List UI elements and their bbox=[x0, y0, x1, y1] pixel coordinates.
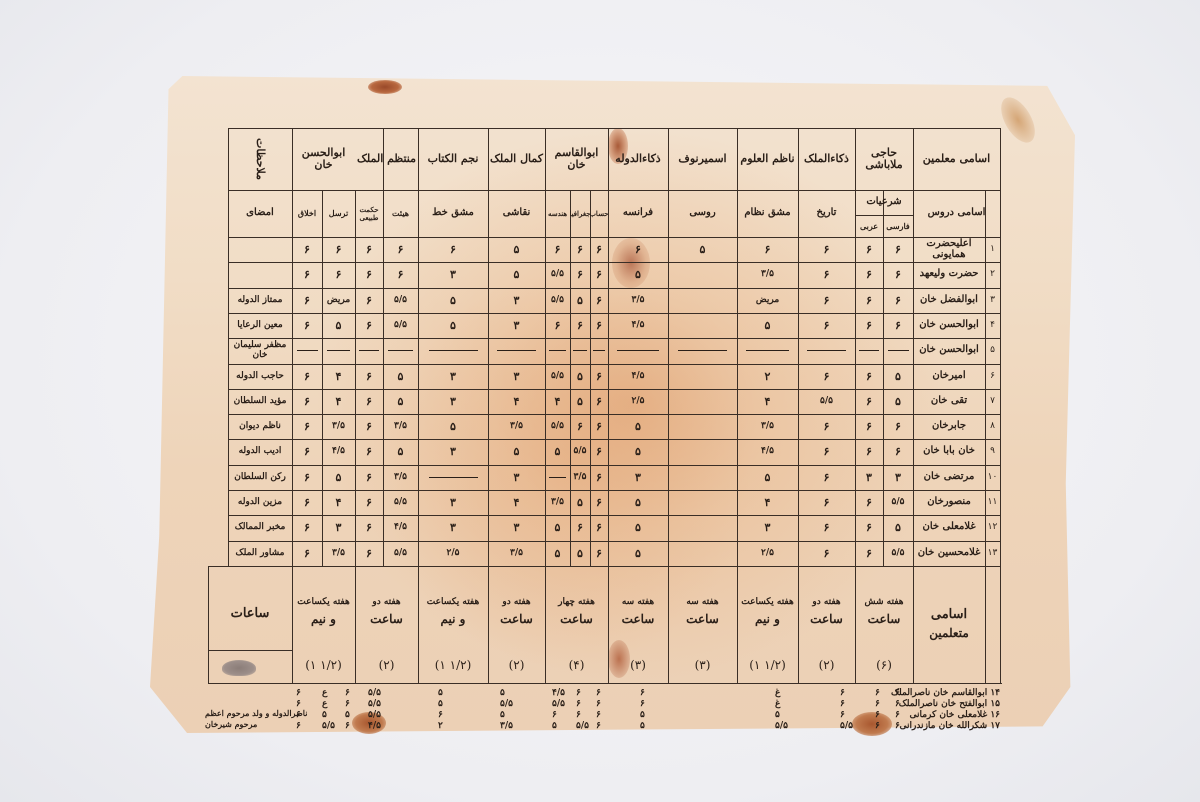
grade-cell: ۶ bbox=[292, 313, 322, 338]
hours-text-top: هفته یکساعت bbox=[427, 598, 479, 607]
grade-cell: ۵ bbox=[883, 515, 913, 540]
grade-cell: ۶ bbox=[383, 262, 418, 287]
grade-cell: ۶ bbox=[590, 465, 608, 490]
grade-cell: ۶ bbox=[590, 414, 608, 439]
grade-cell: ۵ bbox=[418, 288, 488, 313]
grade-cell: ۶ bbox=[883, 313, 913, 338]
footer-grade: ۴/۵ bbox=[368, 721, 381, 731]
grade-cell: ۶ bbox=[855, 313, 883, 338]
grade-cell: ۵ bbox=[883, 389, 913, 414]
row-number: ۶ bbox=[985, 364, 1000, 389]
grade-cell: ۵ bbox=[570, 541, 590, 566]
grade-cell: ۵ bbox=[608, 490, 668, 515]
remark bbox=[228, 262, 292, 287]
grade-cell: ۶ bbox=[590, 439, 608, 464]
footer-grade: ۵/۵ bbox=[840, 721, 853, 731]
grade-cell: ۵ bbox=[488, 262, 545, 287]
grade-cell: ۵ bbox=[608, 414, 668, 439]
grade-cell: ۵ bbox=[488, 237, 545, 262]
grade-cell: ۶ bbox=[355, 313, 383, 338]
weekly-hours-cell: هفته ششساعت bbox=[855, 572, 913, 652]
grade-cell: ۵/۵ bbox=[570, 439, 590, 464]
grade-cell: ۶ bbox=[798, 414, 855, 439]
grade-cell: ۳ bbox=[883, 465, 913, 490]
grade-cell bbox=[668, 313, 737, 338]
hours-text-mid: ساعت bbox=[560, 613, 593, 626]
subject-joghrafia: جغرافیا bbox=[570, 190, 590, 237]
grade-cell bbox=[418, 338, 488, 363]
grade-cell: ۵/۵ bbox=[383, 288, 418, 313]
grade-cell: ۶ bbox=[292, 262, 322, 287]
grade-cell: ۶ bbox=[322, 237, 355, 262]
remark bbox=[228, 237, 292, 262]
subject-mashgh-nezam: مشق نظام bbox=[737, 190, 798, 237]
footer-grade: ۶ bbox=[345, 688, 350, 698]
bottom-col-line bbox=[985, 566, 986, 683]
footer-student-line: ۱۷ شکرالله خان مازندرانی bbox=[899, 721, 1000, 731]
grade-cell: ۶ bbox=[608, 237, 668, 262]
grade-cell: ۶ bbox=[292, 389, 322, 414]
footer-grade: ۵/۵ bbox=[322, 721, 335, 731]
grade-cell: ۴/۵ bbox=[737, 439, 798, 464]
student-name: غلامحسین خان bbox=[913, 541, 985, 566]
footer-grade: غ bbox=[775, 688, 780, 698]
footer-grade: ۶ bbox=[875, 699, 880, 709]
remarks-subheader: امضای bbox=[228, 190, 292, 237]
grade-cell: ۶ bbox=[798, 262, 855, 287]
grade-cell: ۵/۵ bbox=[545, 414, 570, 439]
grade-cell bbox=[545, 338, 570, 363]
footer-grade: ۶ bbox=[895, 699, 900, 709]
grade-cell: ۳/۵ bbox=[322, 541, 355, 566]
grade-cell: ۴ bbox=[737, 490, 798, 515]
grade-cell: ۳/۵ bbox=[383, 465, 418, 490]
grade-cell: ۶ bbox=[855, 541, 883, 566]
hours-text-top: هفته سه bbox=[622, 598, 654, 607]
footer-grade: ۶ bbox=[840, 688, 845, 698]
grade-cell: ۵ bbox=[737, 465, 798, 490]
hours-text-mid: و نیم bbox=[755, 613, 780, 626]
grade-cell: ۶ bbox=[570, 414, 590, 439]
grade-cell: ۵ bbox=[608, 439, 668, 464]
student-name: ابوالحسن خان bbox=[913, 338, 985, 363]
grade-cell: ۶ bbox=[570, 515, 590, 540]
subject-hendese: هندسه bbox=[545, 190, 570, 237]
grade-cell: ۶ bbox=[590, 313, 608, 338]
grade-cell: ۵ bbox=[322, 465, 355, 490]
grade-cell: ۳ bbox=[418, 389, 488, 414]
dash bbox=[746, 350, 789, 351]
grade-cell: ۳ bbox=[418, 490, 488, 515]
grade-cell: ۶ bbox=[798, 313, 855, 338]
grade-cell: ۵ bbox=[883, 364, 913, 389]
footer-grade: ۵ bbox=[322, 710, 327, 720]
grade-cell: ۵ bbox=[668, 237, 737, 262]
weekly-hours-cell: هفته یکساعتو نیم bbox=[418, 572, 488, 652]
teacher-name: ابوالقاسم خان bbox=[545, 128, 608, 190]
student-name: ابوالحسن خان bbox=[913, 313, 985, 338]
bottom-side-label: ساعات bbox=[210, 576, 290, 652]
footer-grade: ۲ bbox=[438, 721, 443, 731]
grade-cell: ۶ bbox=[883, 237, 913, 262]
grade-cell: ۵ bbox=[570, 288, 590, 313]
grade-cell: ۳ bbox=[418, 364, 488, 389]
grade-cell: ۳ bbox=[737, 515, 798, 540]
grade-cell: ۶ bbox=[855, 288, 883, 313]
remark: معین الرعایا bbox=[228, 313, 292, 338]
dash bbox=[678, 350, 726, 351]
grade-cell bbox=[590, 338, 608, 363]
grade-cell bbox=[322, 338, 355, 363]
grade-cell bbox=[668, 338, 737, 363]
subject-shariyat: شرعیات bbox=[855, 190, 913, 215]
remark: مظفر سلیمان خان bbox=[228, 338, 292, 363]
grade-cell bbox=[855, 338, 883, 363]
footer-left-note: ناصرالدوله و ولد مرحوم اعظم bbox=[205, 708, 307, 718]
grade-cell: ۳ bbox=[855, 465, 883, 490]
grade-cell: ۶ bbox=[590, 515, 608, 540]
hours-text-mid: ساعت bbox=[686, 613, 719, 626]
student-name: تقی خان bbox=[913, 389, 985, 414]
grade-cell: ۵/۵ bbox=[545, 288, 570, 313]
grade-cell: ۶ bbox=[292, 515, 322, 540]
grade-cell: ۵/۵ bbox=[383, 313, 418, 338]
grade-cell: ۳/۵ bbox=[570, 465, 590, 490]
dash bbox=[573, 350, 587, 351]
hours-text-top: هفته دو bbox=[372, 598, 400, 607]
footer-grade: ۶ bbox=[895, 710, 900, 720]
grade-cell: ۴ bbox=[322, 364, 355, 389]
grade-cell bbox=[668, 515, 737, 540]
dash bbox=[888, 350, 909, 351]
grade-cell: مریض bbox=[322, 288, 355, 313]
footer-student-line: ۱۶ غلامعلی خان کرمانی bbox=[909, 710, 1000, 720]
grade-cell: ۶ bbox=[798, 490, 855, 515]
weekly-hours-cell: هفته دوساعت bbox=[488, 572, 545, 652]
weekly-hours-count: (۳) bbox=[608, 652, 668, 678]
footer-grade: ع bbox=[322, 699, 327, 709]
row-number: ۱۱ bbox=[985, 490, 1000, 515]
table-border-bottom bbox=[208, 683, 1002, 684]
row-number: ۱ bbox=[985, 237, 1000, 262]
footer-grade: ۶ bbox=[640, 699, 645, 709]
subject-hesab: حساب bbox=[590, 190, 608, 237]
grade-cell: ۶ bbox=[355, 515, 383, 540]
bottom-top-ext bbox=[208, 566, 228, 567]
hours-text-mid: ساعت bbox=[622, 613, 655, 626]
footer-grade: ۵/۵ bbox=[368, 710, 381, 720]
footer-grade: ۶ bbox=[576, 688, 581, 698]
grade-cell: ۴ bbox=[545, 389, 570, 414]
weekly-hours-cell: هفته دوساعت bbox=[355, 572, 418, 652]
bottom-label-top: اسامی bbox=[931, 608, 967, 622]
grade-cell: ۶ bbox=[355, 465, 383, 490]
grade-cell: ۶ bbox=[798, 515, 855, 540]
footer-grade: ۴/۵ bbox=[552, 688, 565, 698]
weekly-hours-count: (۲) bbox=[355, 652, 418, 678]
footer-grade: ۵/۵ bbox=[576, 721, 589, 731]
grade-cell bbox=[737, 338, 798, 363]
dash bbox=[497, 350, 537, 351]
teacher-name: ذکاءالدوله bbox=[608, 128, 668, 190]
grade-table: اسامی معلمینحاجی ملاباشیذکاءالملکناظم ال… bbox=[0, 0, 1200, 802]
grade-cell: ۶ bbox=[855, 262, 883, 287]
weekly-hours-count: (۲) bbox=[488, 652, 545, 678]
row-number: ۱۰ bbox=[985, 465, 1000, 490]
footer-grade: ۵ bbox=[500, 688, 505, 698]
student-name: اعلیحضرت همایونی bbox=[913, 237, 985, 262]
grade-cell bbox=[355, 338, 383, 363]
hours-text-mid: ساعت bbox=[370, 613, 403, 626]
student-name: خان بابا خان bbox=[913, 439, 985, 464]
remark: ادیب الدوله bbox=[228, 439, 292, 464]
row-number: ۳ bbox=[985, 288, 1000, 313]
footer-grade: ۶ bbox=[296, 699, 301, 709]
grade-cell: ۴ bbox=[737, 389, 798, 414]
student-name: امیرخان bbox=[913, 364, 985, 389]
grade-cell: ۶ bbox=[545, 237, 570, 262]
grade-cell: ۶ bbox=[855, 439, 883, 464]
footer-grade: ۵ bbox=[345, 710, 350, 720]
footer-grade: ۶ bbox=[875, 688, 880, 698]
grade-cell: ۳/۵ bbox=[322, 414, 355, 439]
grade-cell: ۶ bbox=[855, 237, 883, 262]
student-name: منصورخان bbox=[913, 490, 985, 515]
footer-grade: ۶ bbox=[840, 699, 845, 709]
footer-grade: ۵ bbox=[640, 710, 645, 720]
weekly-hours-cell: هفته چهارساعت bbox=[545, 572, 608, 652]
grade-cell: ۶ bbox=[292, 490, 322, 515]
grade-cell: ۶ bbox=[292, 414, 322, 439]
student-name: حضرت ولیعهد bbox=[913, 262, 985, 287]
teacher-header-label-row: اسامی معلمین bbox=[913, 128, 1000, 190]
footer-grade: ع bbox=[322, 688, 327, 698]
grade-cell: ۵ bbox=[383, 364, 418, 389]
grade-cell bbox=[883, 338, 913, 363]
grade-cell: ۵ bbox=[322, 313, 355, 338]
subject-header-label-row: اسامی دروس bbox=[913, 190, 1000, 237]
grade-cell: ۳ bbox=[418, 439, 488, 464]
grade-cell: ۶ bbox=[855, 515, 883, 540]
grade-cell: ۴ bbox=[322, 389, 355, 414]
grade-cell: ۳/۵ bbox=[383, 414, 418, 439]
grade-cell: ۳ bbox=[488, 364, 545, 389]
grade-cell: ۶ bbox=[883, 288, 913, 313]
student-name: غلامعلی خان bbox=[913, 515, 985, 540]
teacher-name: حاجی ملاباشی bbox=[855, 128, 913, 190]
subject-arabi: عربی bbox=[855, 215, 883, 237]
grade-cell: ۵ bbox=[418, 313, 488, 338]
grade-cell: ۳/۵ bbox=[488, 541, 545, 566]
footer-left-note: مرحوم شیرخان bbox=[205, 719, 257, 729]
grade-cell: ۶ bbox=[737, 237, 798, 262]
footer-grade: ۶ bbox=[576, 710, 581, 720]
footer-grade: غ bbox=[775, 699, 780, 709]
footer-grade: ۶ bbox=[552, 710, 557, 720]
row-number: ۷ bbox=[985, 389, 1000, 414]
footer-grade: ۵/۵ bbox=[775, 721, 788, 731]
footer-grade: ۶ bbox=[875, 710, 880, 720]
hours-text-mid: و نیم bbox=[441, 613, 466, 626]
subject-naghashi: نقاشی bbox=[488, 190, 545, 237]
footer-grade: ۵ bbox=[640, 721, 645, 731]
footer-grade: ۶ bbox=[438, 710, 443, 720]
footer-grade: ۵ bbox=[438, 699, 443, 709]
grade-cell: ۲/۵ bbox=[737, 541, 798, 566]
grade-cell: ۶ bbox=[590, 262, 608, 287]
footer-grade: ۶ bbox=[296, 710, 301, 720]
grade-cell: ۶ bbox=[798, 288, 855, 313]
footer-student-line: ۱۴ ابوالقاسم خان ناصرالملک bbox=[891, 688, 1000, 698]
student-name: مرتضی خان bbox=[913, 465, 985, 490]
dash bbox=[388, 350, 413, 351]
hours-text-mid: ساعت bbox=[500, 613, 533, 626]
grade-cell bbox=[798, 338, 855, 363]
grade-cell: ۶ bbox=[292, 364, 322, 389]
footer-grade: ۵ bbox=[500, 710, 505, 720]
subject-mashgh-khat: مشق خط bbox=[418, 190, 488, 237]
weekly-hours-cell: هفته یکساعتو نیم bbox=[737, 572, 798, 652]
grade-cell: ۵/۵ bbox=[545, 364, 570, 389]
footer-grade: ۵/۵ bbox=[368, 699, 381, 709]
footer-grade: ۵/۵ bbox=[500, 699, 513, 709]
footer-grade: ۶ bbox=[596, 710, 601, 720]
hours-text-top: هفته چهار bbox=[558, 598, 595, 607]
header-col-line bbox=[1000, 128, 1001, 190]
remark: مؤید السلطان bbox=[228, 389, 292, 414]
dash bbox=[807, 350, 847, 351]
footer-grade: ۶ bbox=[875, 721, 880, 731]
grade-cell: ۵ bbox=[545, 515, 570, 540]
grade-cell: ۵/۵ bbox=[883, 490, 913, 515]
footer-grade: ۵ bbox=[438, 688, 443, 698]
grade-cell: ۵ bbox=[488, 439, 545, 464]
dash bbox=[617, 350, 659, 351]
row-number: ۱۲ bbox=[985, 515, 1000, 540]
grade-cell: ۵ bbox=[545, 541, 570, 566]
subject-farsi: فارسی bbox=[883, 215, 913, 237]
footer-grade: ۶ bbox=[345, 699, 350, 709]
dash bbox=[429, 350, 478, 351]
grade-cell: ۵ bbox=[418, 414, 488, 439]
grade-cell: ۵ bbox=[570, 389, 590, 414]
hours-text-mid: ساعت bbox=[868, 613, 901, 626]
footer-grade: ۳/۵ bbox=[500, 721, 513, 731]
grade-cell: ۳ bbox=[418, 262, 488, 287]
grade-cell bbox=[668, 262, 737, 287]
weekly-hours-count: (۳) bbox=[668, 652, 737, 678]
grade-cell: ۵ bbox=[570, 490, 590, 515]
dash bbox=[429, 477, 478, 478]
footer-grade: ۵/۵ bbox=[552, 699, 565, 709]
grade-cell: ۳ bbox=[418, 515, 488, 540]
weekly-hours-count: (۱ ۱/۲) bbox=[418, 652, 488, 678]
grade-cell: ۶ bbox=[292, 541, 322, 566]
grade-cell bbox=[292, 338, 322, 363]
weekly-hours-count: (۱ ۱/۲) bbox=[292, 652, 355, 678]
grade-cell: ۳/۵ bbox=[608, 288, 668, 313]
grade-cell: ۶ bbox=[798, 237, 855, 262]
row-number: ۸ bbox=[985, 414, 1000, 439]
hours-text-top: هفته دو bbox=[502, 598, 530, 607]
remark: رکن السلطان bbox=[228, 465, 292, 490]
grade-cell: ۶ bbox=[292, 288, 322, 313]
row-number: ۱۳ bbox=[985, 541, 1000, 566]
grade-cell: ۶ bbox=[590, 364, 608, 389]
grade-cell bbox=[668, 465, 737, 490]
grade-cell bbox=[668, 439, 737, 464]
grade-cell: ۶ bbox=[355, 262, 383, 287]
footer-grade: ۶ bbox=[596, 699, 601, 709]
teacher-name: کمال الملک bbox=[488, 128, 545, 190]
subject-tarassol: ترسل bbox=[322, 190, 355, 237]
grade-cell: ۶ bbox=[355, 237, 383, 262]
hours-text-top: هفته دو bbox=[812, 598, 840, 607]
grade-cell bbox=[668, 541, 737, 566]
grade-cell: ۶ bbox=[798, 364, 855, 389]
grade-cell: ۶ bbox=[855, 389, 883, 414]
bottom-left-border bbox=[208, 566, 209, 683]
grade-cell: ۶ bbox=[292, 465, 322, 490]
grade-cell bbox=[570, 338, 590, 363]
footer-grade: ۶ bbox=[640, 688, 645, 698]
subject-tarikh: تاریخ bbox=[798, 190, 855, 237]
footer-grade: ۶ bbox=[895, 688, 900, 698]
grade-cell: ۶ bbox=[883, 414, 913, 439]
dash bbox=[593, 350, 606, 351]
grade-cell: ۵/۵ bbox=[383, 490, 418, 515]
hours-text-top: هفته یکساعت bbox=[297, 598, 349, 607]
grade-cell: ۵ bbox=[608, 262, 668, 287]
footer-grade: ۶ bbox=[596, 721, 601, 731]
hours-text-top: هفته یکساعت bbox=[741, 598, 793, 607]
grade-cell: ۶ bbox=[292, 439, 322, 464]
footer-grade: ۵ bbox=[552, 721, 557, 731]
weekly-hours-cell: هفته دوساعت bbox=[798, 572, 855, 652]
grade-cell bbox=[418, 465, 488, 490]
grade-cell: ۳ bbox=[488, 313, 545, 338]
row-number: ۹ bbox=[985, 439, 1000, 464]
grade-cell: ۶ bbox=[590, 389, 608, 414]
weekly-hours-count: (۱ ۱/۲) bbox=[737, 652, 798, 678]
footer-grade: ۶ bbox=[596, 688, 601, 698]
grade-cell bbox=[488, 338, 545, 363]
remark: مشاور الملک bbox=[228, 541, 292, 566]
row-divider bbox=[228, 566, 1000, 567]
grade-cell: ۳/۵ bbox=[545, 490, 570, 515]
grade-cell: ۵/۵ bbox=[883, 541, 913, 566]
dash bbox=[359, 350, 379, 351]
weekly-hours-count: (۶) bbox=[855, 652, 913, 678]
grade-cell: ۶ bbox=[570, 262, 590, 287]
row-number: ۲ bbox=[985, 262, 1000, 287]
footer-grade: ۶ bbox=[296, 688, 301, 698]
grade-cell bbox=[668, 490, 737, 515]
grade-cell: ۵/۵ bbox=[798, 389, 855, 414]
grade-cell: ۶ bbox=[855, 490, 883, 515]
footer-grade: ۶ bbox=[296, 721, 301, 731]
grade-cell: ۶ bbox=[292, 237, 322, 262]
grade-cell bbox=[668, 389, 737, 414]
grade-cell bbox=[668, 364, 737, 389]
subject-rusi: روسی bbox=[668, 190, 737, 237]
dash bbox=[327, 350, 350, 351]
grade-cell: ۶ bbox=[570, 237, 590, 262]
grade-cell: ۶ bbox=[570, 313, 590, 338]
student-name: ابوالفضل خان bbox=[913, 288, 985, 313]
grade-cell: ۶ bbox=[798, 465, 855, 490]
seal-stamp bbox=[222, 660, 256, 676]
